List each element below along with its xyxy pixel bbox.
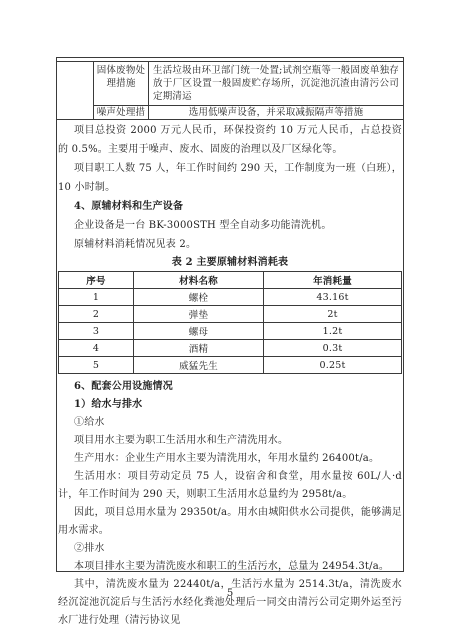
- material-consumption-table: 序号 材料名称 年消耗量 1 螺栓 43.16t 2 弹垫 2t: [58, 271, 402, 374]
- table-row: 1 螺栓 43.16t: [59, 289, 402, 306]
- table-header-row: 序号 材料名称 年消耗量: [59, 272, 402, 289]
- table-row: 2 弹垫 2t: [59, 306, 402, 323]
- page-number: 5: [56, 588, 404, 599]
- material-ref-paragraph: 原辅材料消耗情况见表 2。: [58, 235, 402, 254]
- section-4-heading: 4、原辅材料和生产设备: [58, 197, 402, 216]
- noise-measures-content: 选用低噪声设备，并采取减振隔声等措施: [149, 106, 403, 119]
- staff-paragraph: 项目职工人数 75 人，年工作时间约 290 天，工作制度为一班（白班），10 …: [58, 159, 402, 197]
- table-row: 3 螺母 1.2t: [59, 323, 402, 340]
- document-page: 固体废物处理措施 生活垃圾由环卫部门统一处置;试剂空瓶等一般固废单独存放于厂区设…: [0, 0, 452, 641]
- material-name: 弹垫: [134, 306, 264, 323]
- content-frame: 固体废物处理措施 生活垃圾由环卫部门统一处置;试剂空瓶等一般固废单独存放于厂区设…: [56, 57, 404, 572]
- table-top-rule: [57, 61, 403, 62]
- material-name: 螺母: [134, 323, 264, 340]
- col-header-index: 序号: [59, 272, 134, 289]
- table-row: 4 酒精 0.3t: [59, 340, 402, 357]
- annual-consumption: 0.3t: [264, 340, 402, 357]
- equipment-paragraph: 企业设备是一台 BK-3000STH 型全自动多功能清洗机。: [58, 216, 402, 235]
- table-row: 5 威猛先生 0.25t: [59, 357, 402, 374]
- water-supply-label: ①给水: [58, 414, 402, 432]
- body-text-block: 项目总投资 2000 万元人民币，环保投资约 10 万元人民币，占总投资的 0.…: [57, 120, 403, 630]
- row-index: 4: [59, 340, 134, 357]
- domestic-water-paragraph: 生活用水：项目劳动定员 75 人，设宿舍和食堂，用水量按 60L/人·d 计，年…: [58, 468, 402, 504]
- table-2-caption: 表 2 主要原辅材料消耗表: [58, 256, 402, 270]
- drainage-total-paragraph: 本项目排水主要为清洗废水和职工的生活污水，总量为 24954.3t/a。: [58, 558, 402, 576]
- row-index: 2: [59, 306, 134, 323]
- row-index: 3: [59, 323, 134, 340]
- total-water-paragraph: 因此，项目总用水量为 29350t/a。用水由城阳供水公司提供，能够满足用水需求…: [58, 504, 402, 540]
- production-water-paragraph: 生产用水：企业生产用水主要为清洗用水，年用水量约 26400t/a。: [58, 450, 402, 468]
- env-measures-table: 固体废物处理措施 生活垃圾由环卫部门统一处置;试剂空瓶等一般固废单独存放于厂区设…: [57, 62, 403, 120]
- solid-waste-measures-label: 固体废物处理措施: [94, 62, 149, 106]
- col-header-annual-consumption: 年消耗量: [264, 272, 402, 289]
- noise-measures-label: 噪声处理措: [94, 106, 149, 119]
- col-header-material-name: 材料名称: [134, 272, 264, 289]
- annual-consumption: 0.25t: [264, 357, 402, 374]
- water-drainage-heading: 1）给水与排水: [58, 396, 402, 414]
- investment-paragraph: 项目总投资 2000 万元人民币，环保投资约 10 万元人民币，占总投资的 0.…: [58, 121, 402, 159]
- annual-consumption: 43.16t: [264, 289, 402, 306]
- drainage-detail-paragraph: 其中，清洗废水量为 22440t/a，生活污水量为 2514.3t/a，清洗废水…: [58, 576, 402, 630]
- row-index: 1: [59, 289, 134, 306]
- annual-consumption: 2t: [264, 306, 402, 323]
- row-index: 5: [59, 357, 134, 374]
- material-name: 酒精: [134, 340, 264, 357]
- annual-consumption: 1.2t: [264, 323, 402, 340]
- material-name: 威猛先生: [134, 357, 264, 374]
- solid-waste-measures-content: 生活垃圾由环卫部门统一处置;试剂空瓶等一般固废单独存放于厂区设置一般固废贮存场所…: [149, 62, 403, 106]
- section-6-heading: 6、配套公用设施情况: [58, 378, 402, 396]
- material-name: 螺栓: [134, 289, 264, 306]
- drainage-label: ②排水: [58, 540, 402, 558]
- env-measures-spanner-cell: [57, 62, 94, 119]
- water-use-paragraph: 项目用水主要为职工生活用水和生产清洗用水。: [58, 432, 402, 450]
